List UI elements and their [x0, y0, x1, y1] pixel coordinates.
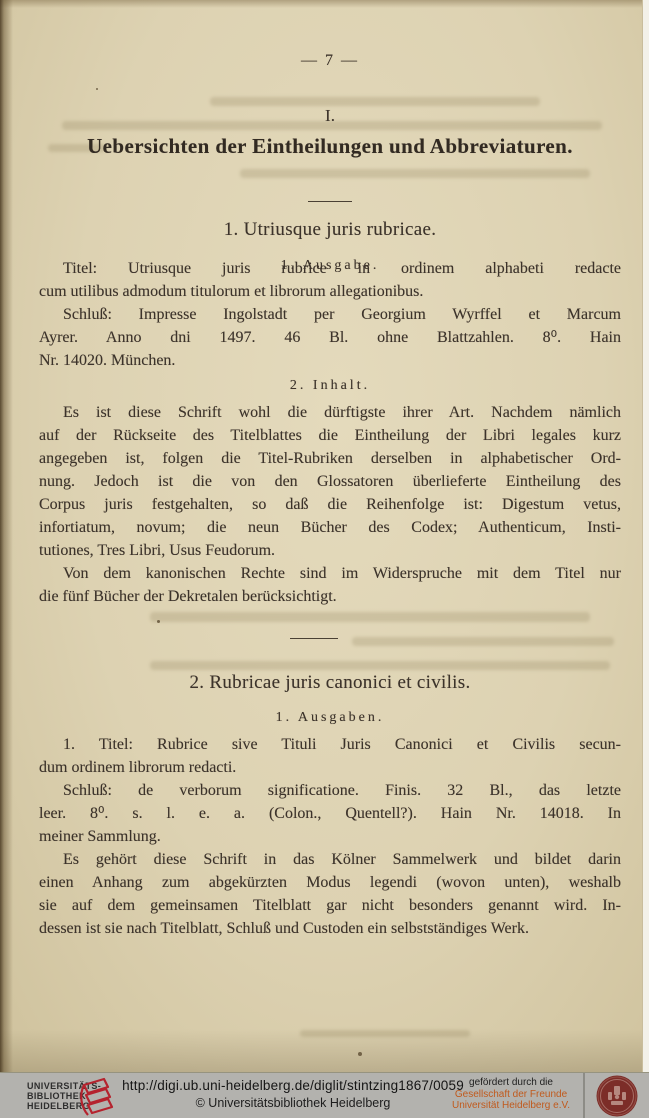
paragraph-inhalt-a: Es ist diese Schrift wohl die dürftigste…: [39, 401, 621, 562]
paragraph-inhalt-b: Von dem kanonischen Rechte sind im Wider…: [39, 562, 621, 608]
title-divider-rule: [308, 201, 352, 202]
text-line: Ayrer. Anno dni 1497. 46 Bl. ohne Blattz…: [39, 326, 621, 349]
section-1-heading: 1. Utriusque juris rubricae.: [39, 219, 621, 241]
text-line: auf der Rückseite des Titelblattes die E…: [39, 424, 621, 447]
source-url: http://digi.ub.uni-heidelberg.de/diglit/…: [118, 1078, 468, 1093]
book-page-scan: — 7 — I. Uebersichten der Eintheilungen …: [0, 0, 649, 1072]
text-line: Es ist diese Schrift wohl die dürftigste…: [39, 401, 621, 424]
section-2-subheading-ausgaben: 1. Ausgaben.: [39, 710, 621, 726]
paragraph-schluss-2: Schluß: de verborum significatione. Fini…: [39, 779, 621, 848]
funding-line: Universität Heidelberg e.V.: [445, 1100, 577, 1112]
funding-line: gefördert durch die: [445, 1077, 577, 1089]
text-line: einen Anhang zum abgekürzten Modus legen…: [39, 871, 621, 894]
paragraph-schluss-1: Schluß: Impresse Ingolstadt per Georgium…: [39, 303, 621, 372]
section-2-heading: 2. Rubricae juris canonici et civilis.: [39, 672, 621, 694]
text-line: tutiones, Tres Libri, Usus Feudorum.: [39, 539, 621, 562]
page-number: — 7 —: [39, 52, 621, 70]
section-divider-rule: [290, 638, 338, 639]
text-line: cum utilibus admodum titulorum et libror…: [39, 280, 621, 303]
text-line: Nr. 14020. München.: [39, 349, 621, 372]
text-line: dessen ist sie nach Titelblatt, Schluß u…: [39, 917, 621, 940]
university-library-books-icon: [70, 1075, 114, 1118]
text-line: Schluß: Impresse Ingolstadt per Georgium…: [39, 303, 621, 326]
paragraph-titel-2: 1. Titel: Rubrice sive Tituli Juris Cano…: [39, 733, 621, 779]
text-line: Corpus juris festgehalten, so daß die Re…: [39, 493, 621, 516]
scanned-page-viewer: { "colors": { "paper": "#dcd1ae", "ink":…: [0, 0, 649, 1118]
paragraph-titel-1: Titel: Utriusque juris rubrice in ordine…: [39, 257, 621, 303]
text-line: angegeben ist, folgen die Titel-Rubriken…: [39, 447, 621, 470]
scan-right-margin: [642, 0, 649, 1072]
copyright-notice: © Universitätsbibliothek Heidelberg: [118, 1096, 468, 1110]
text-line: meiner Sammlung.: [39, 825, 621, 848]
digitization-footer-bar: UNIVERSITÄTS- BIBLIOTHEK HEIDELBERG http…: [0, 1072, 649, 1118]
text-line: Von dem kanonischen Rechte sind im Wider…: [39, 562, 621, 585]
text-line: sie auf dem gemeinsamen Titelblatt gar n…: [39, 894, 621, 917]
funding-line: Gesellschaft der Freunde: [445, 1089, 577, 1101]
text-line: nung. Jedoch ist die von den Glossatoren…: [39, 470, 621, 493]
text-line: 1. Titel: Rubrice sive Tituli Juris Cano…: [39, 733, 621, 756]
paragraph-note: Es gehört diese Schrift in das Kölner Sa…: [39, 848, 621, 940]
footer-divider: [583, 1073, 585, 1118]
text-line: dum ordinem librorum redacti.: [39, 756, 621, 779]
text-line: Es gehört diese Schrift in das Kölner Sa…: [39, 848, 621, 871]
text-line: leer. 8⁰. s. l. e. a. (Colon., Quentell?…: [39, 802, 621, 825]
text-line: Titel: Utriusque juris rubrice in ordine…: [39, 257, 621, 280]
chapter-numeral: I.: [39, 106, 621, 126]
source-reference: http://digi.ub.uni-heidelberg.de/diglit/…: [118, 1078, 468, 1110]
university-seal-icon: [595, 1074, 639, 1118]
chapter-title: Uebersichten der Eintheilungen und Abbre…: [39, 134, 621, 159]
text-line: die fünf Bücher der Dekretalen berücksic…: [39, 585, 621, 608]
printed-text-column: — 7 — I. Uebersichten der Eintheilungen …: [39, 0, 621, 1072]
text-line: infortiatum, novum; die neun Bücher des …: [39, 516, 621, 539]
funding-credit: gefördert durch die Gesellschaft der Fre…: [445, 1077, 577, 1112]
text-line: Schluß: de verborum significatione. Fini…: [39, 779, 621, 802]
section-1-subheading-inhalt: 2. Inhalt.: [39, 378, 621, 394]
